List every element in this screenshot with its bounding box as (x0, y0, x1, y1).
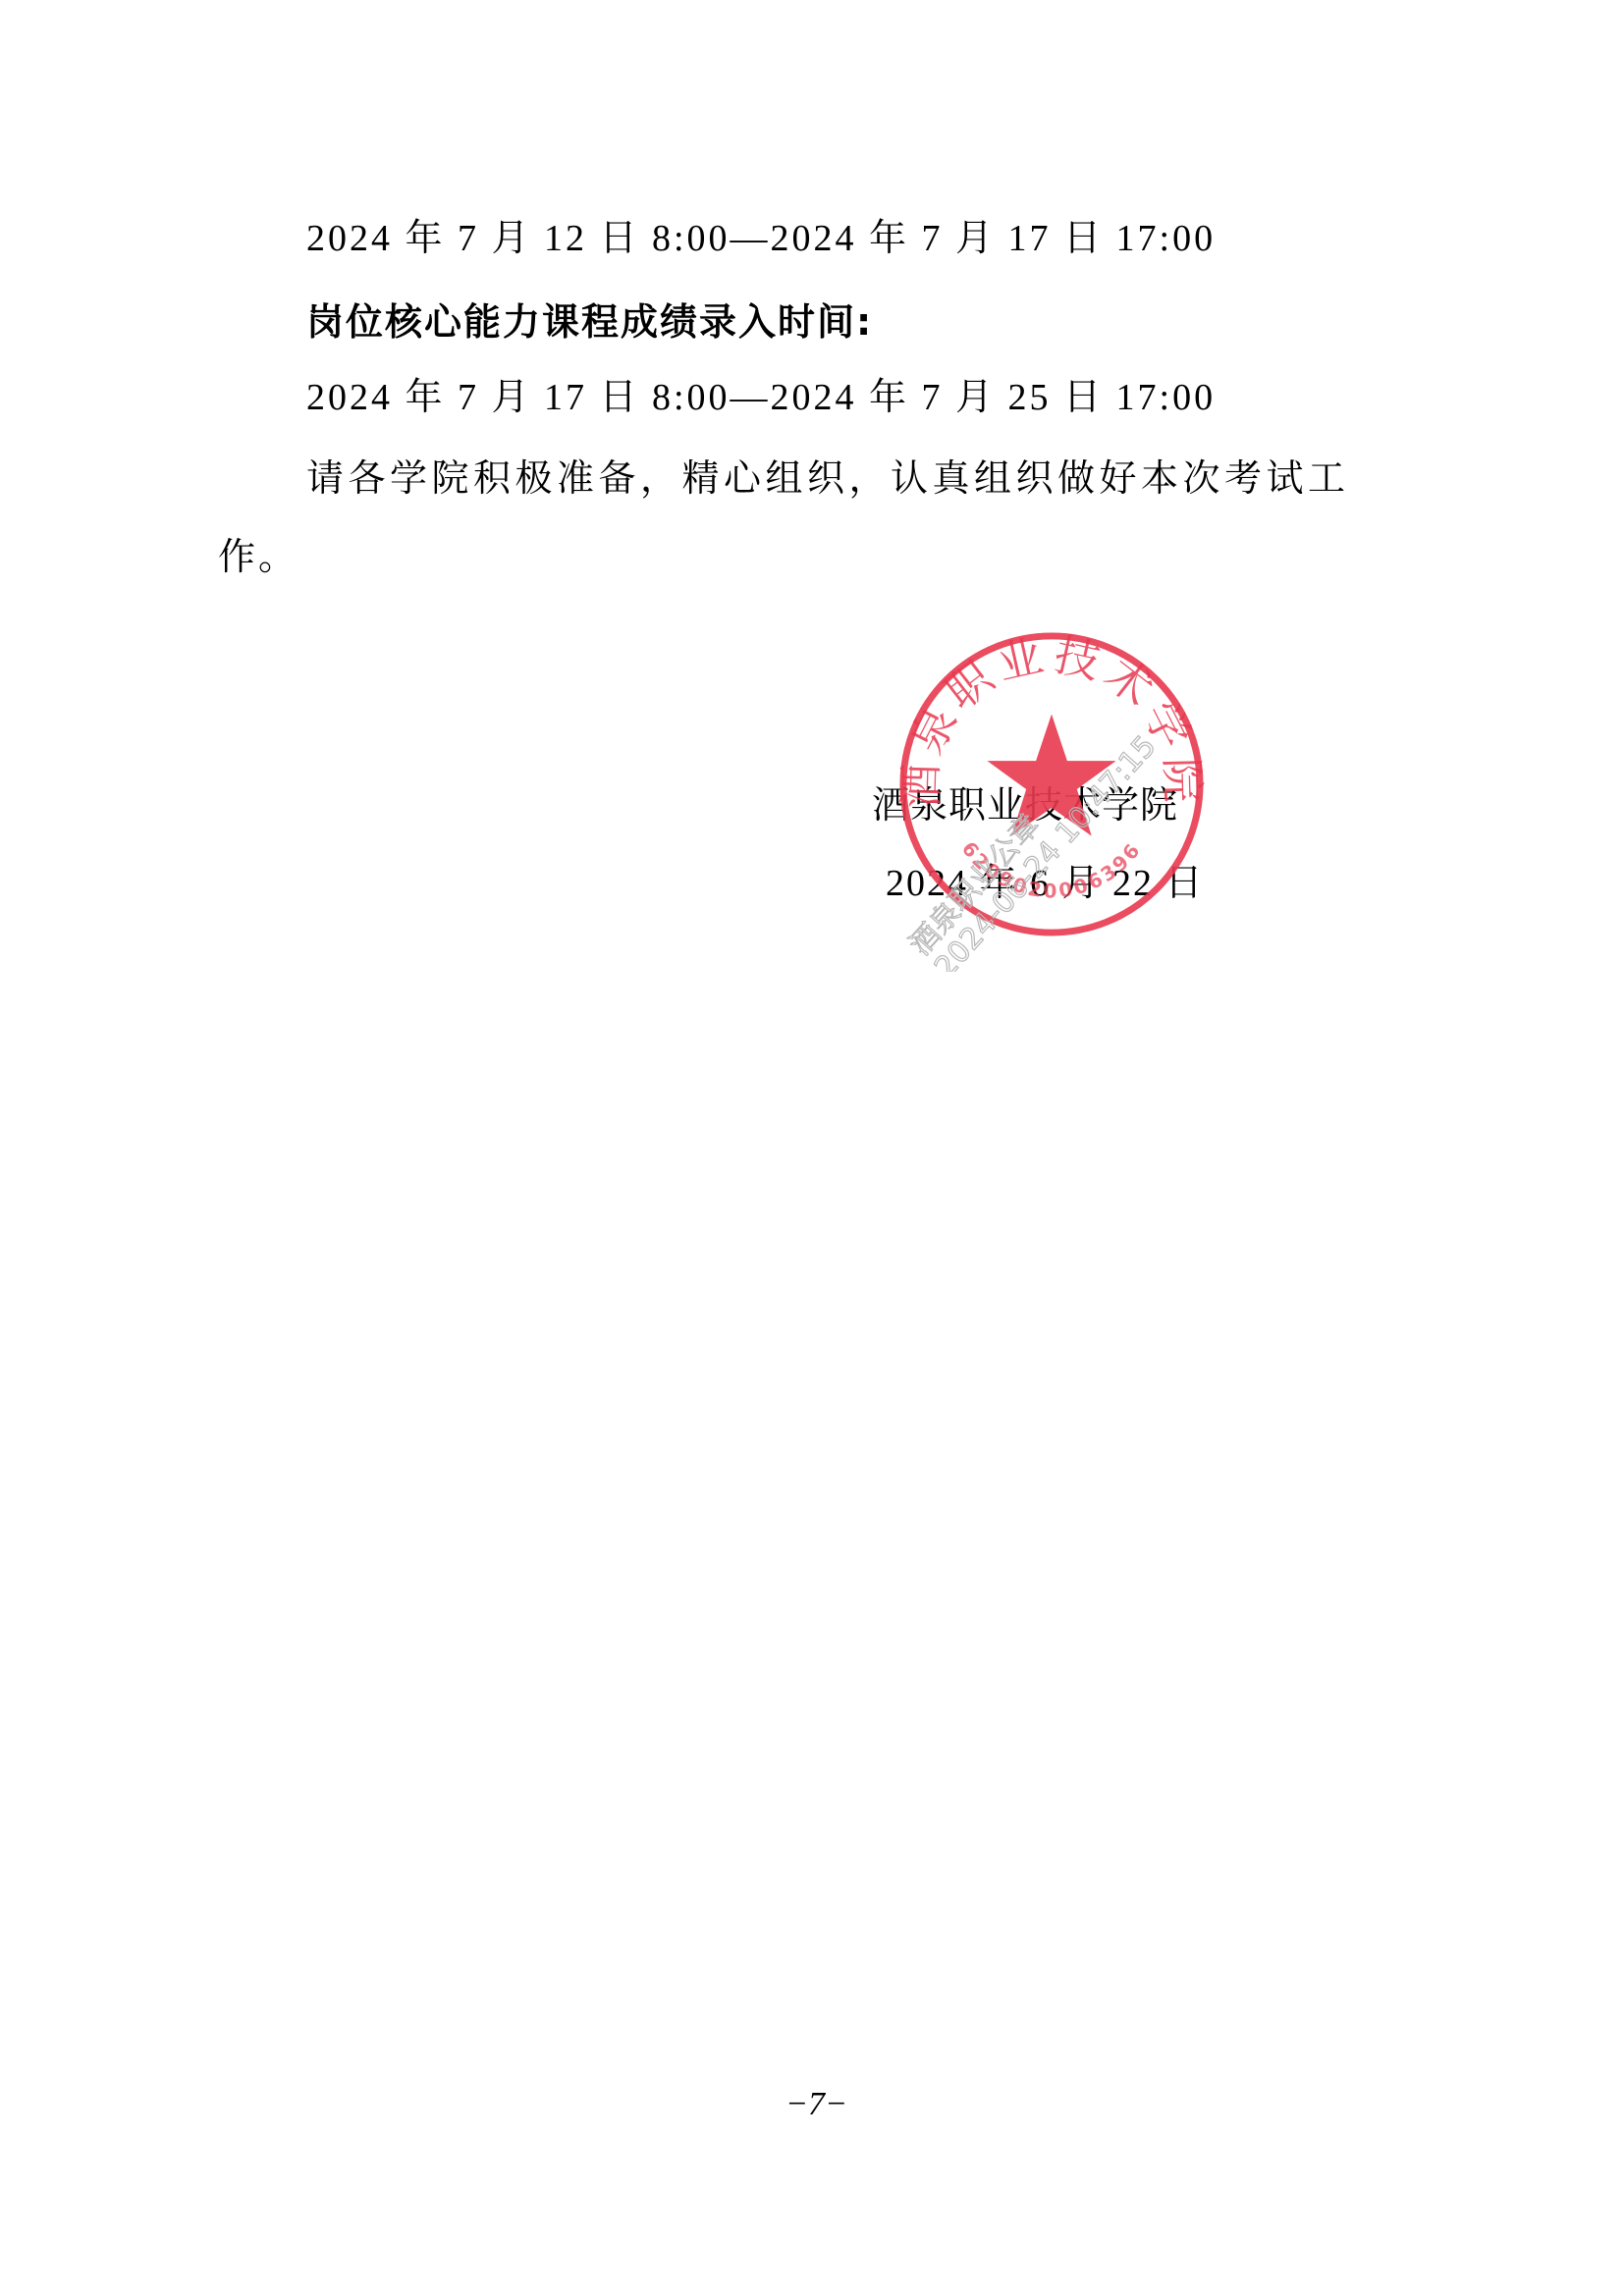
score-entry-time-line: 2024 年 7 月 17 日 8:00—2024 年 7 月 25 日 17:… (306, 373, 1216, 422)
exam-time-line: 2024 年 7 月 12 日 8:00—2024 年 7 月 17 日 17:… (306, 214, 1216, 263)
watermark-line-2: 2024-06-24 10:47:15 (928, 729, 1163, 972)
closing-paragraph-line-2: 作。 (218, 532, 298, 581)
page-number: −7− (785, 2086, 847, 2123)
closing-paragraph-line-1: 请各学院积极准备，精心组织，认真组织做好本次考试工 (306, 454, 1350, 503)
signature-date: 2024 年 6 月 22 日 (886, 859, 1205, 908)
score-entry-heading: 岗位核心能力课程成绩录入时间: (306, 297, 873, 347)
signature-organization: 酒泉职业技术学院 (872, 780, 1178, 829)
